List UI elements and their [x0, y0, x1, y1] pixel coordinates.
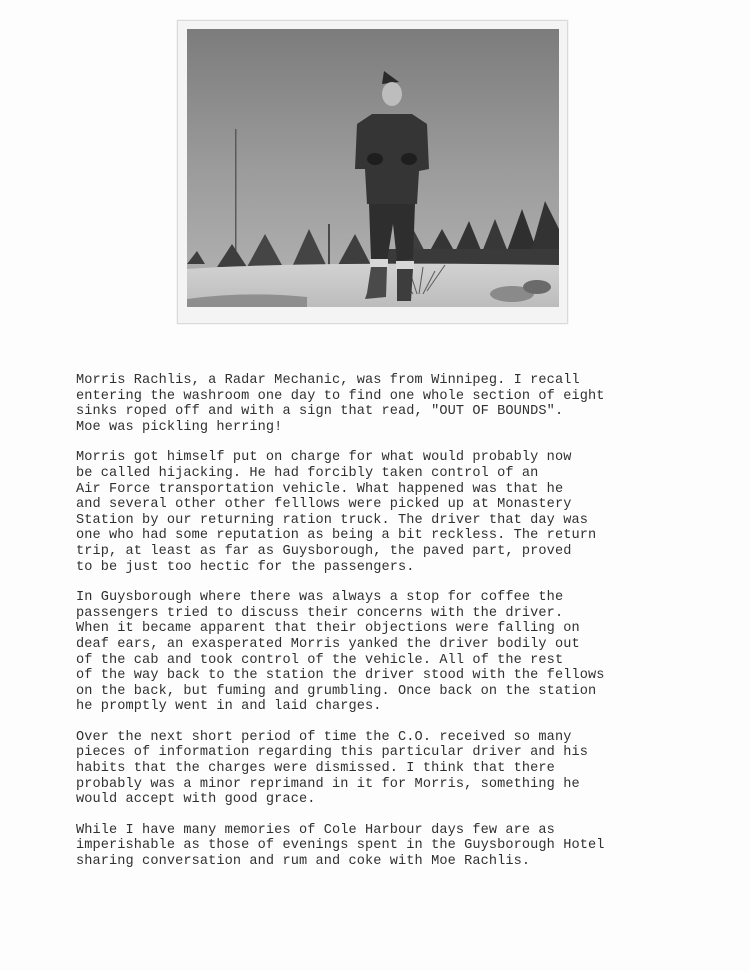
photo-scene: [187, 29, 559, 307]
text-line: Over the next short period of time the C…: [76, 730, 571, 745]
text-line: sinks roped off and with a sign that rea…: [76, 404, 563, 419]
text-line: When it became apparent that their objec…: [76, 621, 580, 636]
paragraph-charges-dismissed: Over the next short period of time the C…: [76, 730, 736, 808]
text-line: trip, at least as far as Guysborough, th…: [76, 544, 571, 559]
photograph-print: [177, 20, 568, 324]
paragraph-memories: While I have many memories of Cole Harbo…: [76, 823, 736, 870]
paragraph-washroom: Morris Rachlis, a Radar Mechanic, was fr…: [76, 373, 736, 435]
paragraph-guysborough: In Guysborough where there was always a …: [76, 590, 736, 715]
text-line: Morris got himself put on charge for wha…: [76, 450, 571, 465]
photograph-airman: [187, 29, 559, 307]
paragraph-hijacking: Morris got himself put on charge for wha…: [76, 450, 736, 575]
text-line: one who had some reputation as being a b…: [76, 528, 596, 543]
text-line: imperishable as those of evenings spent …: [76, 838, 604, 853]
text-line: of the cab and took control of the vehic…: [76, 653, 563, 668]
text-line: entering the washroom one day to find on…: [76, 389, 604, 404]
typewritten-text: Morris Rachlis, a Radar Mechanic, was fr…: [76, 373, 736, 885]
text-line: be called hijacking. He had forcibly tak…: [76, 466, 538, 481]
text-line: of the way back to the station the drive…: [76, 668, 604, 683]
text-line: would accept with good grace.: [76, 792, 315, 807]
text-line: Station by our returning ration truck. T…: [76, 513, 588, 528]
text-line: passengers tried to discuss their concer…: [76, 606, 563, 621]
text-line: to be just too hectic for the passengers…: [76, 560, 415, 575]
text-line: probably was a minor reprimand in it for…: [76, 777, 580, 792]
text-line: and several other other felllows were pi…: [76, 497, 571, 512]
text-line: he promptly went in and laid charges.: [76, 699, 382, 714]
text-line: on the back, but fuming and grumbling. O…: [76, 684, 596, 699]
text-line: Morris Rachlis, a Radar Mechanic, was fr…: [76, 373, 580, 388]
text-line: Air Force transportation vehicle. What h…: [76, 482, 563, 497]
text-line: habits that the charges were dismissed. …: [76, 761, 555, 776]
text-line: pieces of information regarding this par…: [76, 745, 588, 760]
text-line: sharing conversation and rum and coke wi…: [76, 854, 530, 869]
text-line: deaf ears, an exasperated Morris yanked …: [76, 637, 580, 652]
text-line: In Guysborough where there was always a …: [76, 590, 563, 605]
text-line: Moe was pickling herring!: [76, 420, 282, 435]
document-page: Morris Rachlis, a Radar Mechanic, was fr…: [0, 0, 750, 971]
text-line: While I have many memories of Cole Harbo…: [76, 823, 555, 838]
